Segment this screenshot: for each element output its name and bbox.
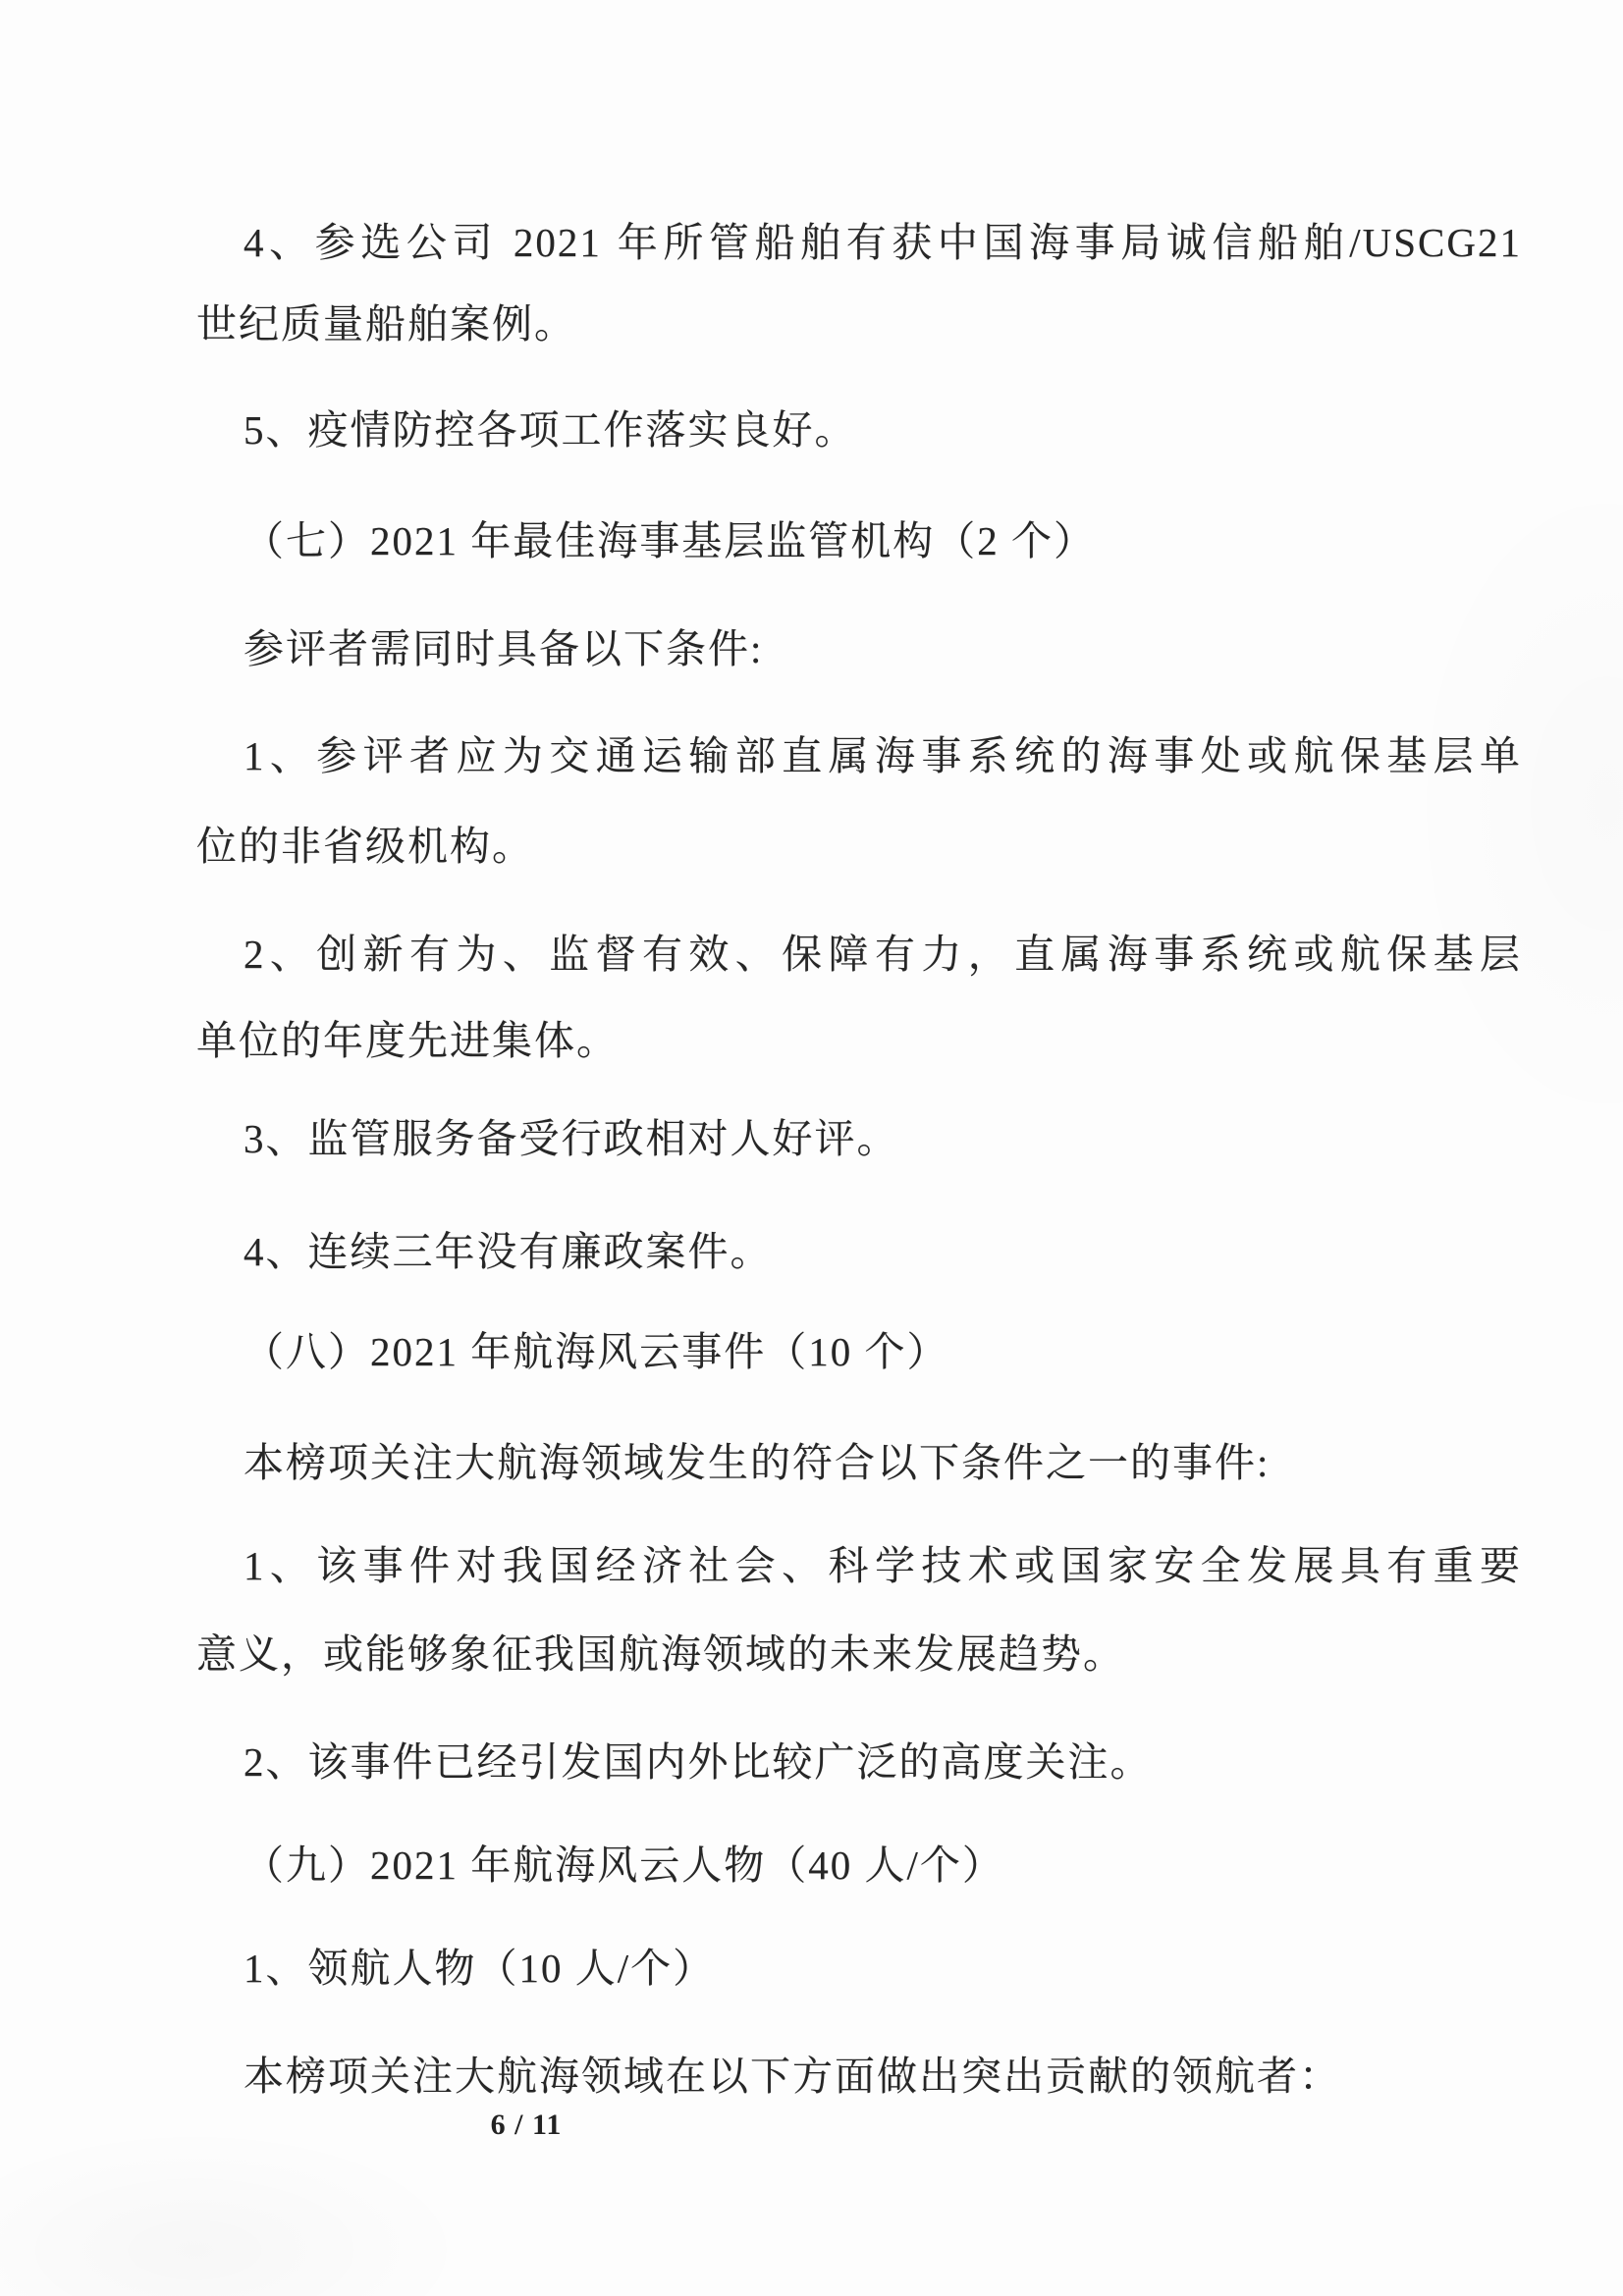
page-number: 6 / 11	[461, 2107, 591, 2144]
text-line: 单位的年度先进集体。	[196, 1015, 619, 1066]
text-line: 2、创新有为、监督有效、保障有力，直属海事系统或航保基层	[243, 929, 1522, 980]
text-line: 1、参评者应为交通运输部直属海事系统的海事处或航保基层单	[243, 730, 1522, 781]
section-heading: （九）2021 年航海风云人物（40 人/个）	[243, 1840, 1004, 1891]
text-line: 位的非省级机构。	[196, 821, 534, 872]
section-heading: （八）2021 年航海风云事件（10 个）	[243, 1326, 949, 1377]
text-line: 本榜项关注大航海领域发生的符合以下条件之一的事件:	[243, 1437, 1270, 1488]
text-line: 2、该事件已经引发国内外比较广泛的高度关注。	[243, 1736, 1153, 1788]
text-line: 4、参选公司 2021 年所管船舶有获中国海事局诚信船舶/USCG21	[243, 217, 1522, 268]
text-line: 本榜项关注大航海领域在以下方面做出突出贡献的领航者：	[243, 2051, 1341, 2102]
text-line: 5、疫情防控各项工作落实良好。	[243, 404, 857, 455]
text-line: 参评者需同时具备以下条件:	[243, 623, 763, 674]
text-line: 1、领航人物（10 人/个）	[243, 1943, 715, 1994]
section-heading: （七）2021 年最佳海事基层监管机构（2 个）	[243, 515, 1096, 566]
text-line: 1、该事件对我国经济社会、科学技术或国家安全发展具有重要	[243, 1540, 1522, 1591]
text-line: 4、连续三年没有廉政案件。	[243, 1226, 773, 1277]
text-line: 3、监管服务备受行政相对人好评。	[243, 1113, 899, 1164]
text-line: 意义，或能够象征我国航海领域的未来发展趋势。	[196, 1629, 1125, 1680]
document-page: 4、参选公司 2021 年所管船舶有获中国海事局诚信船舶/USCG21 世纪质量…	[0, 0, 1623, 2296]
text-line: 世纪质量船舶案例。	[196, 298, 576, 349]
